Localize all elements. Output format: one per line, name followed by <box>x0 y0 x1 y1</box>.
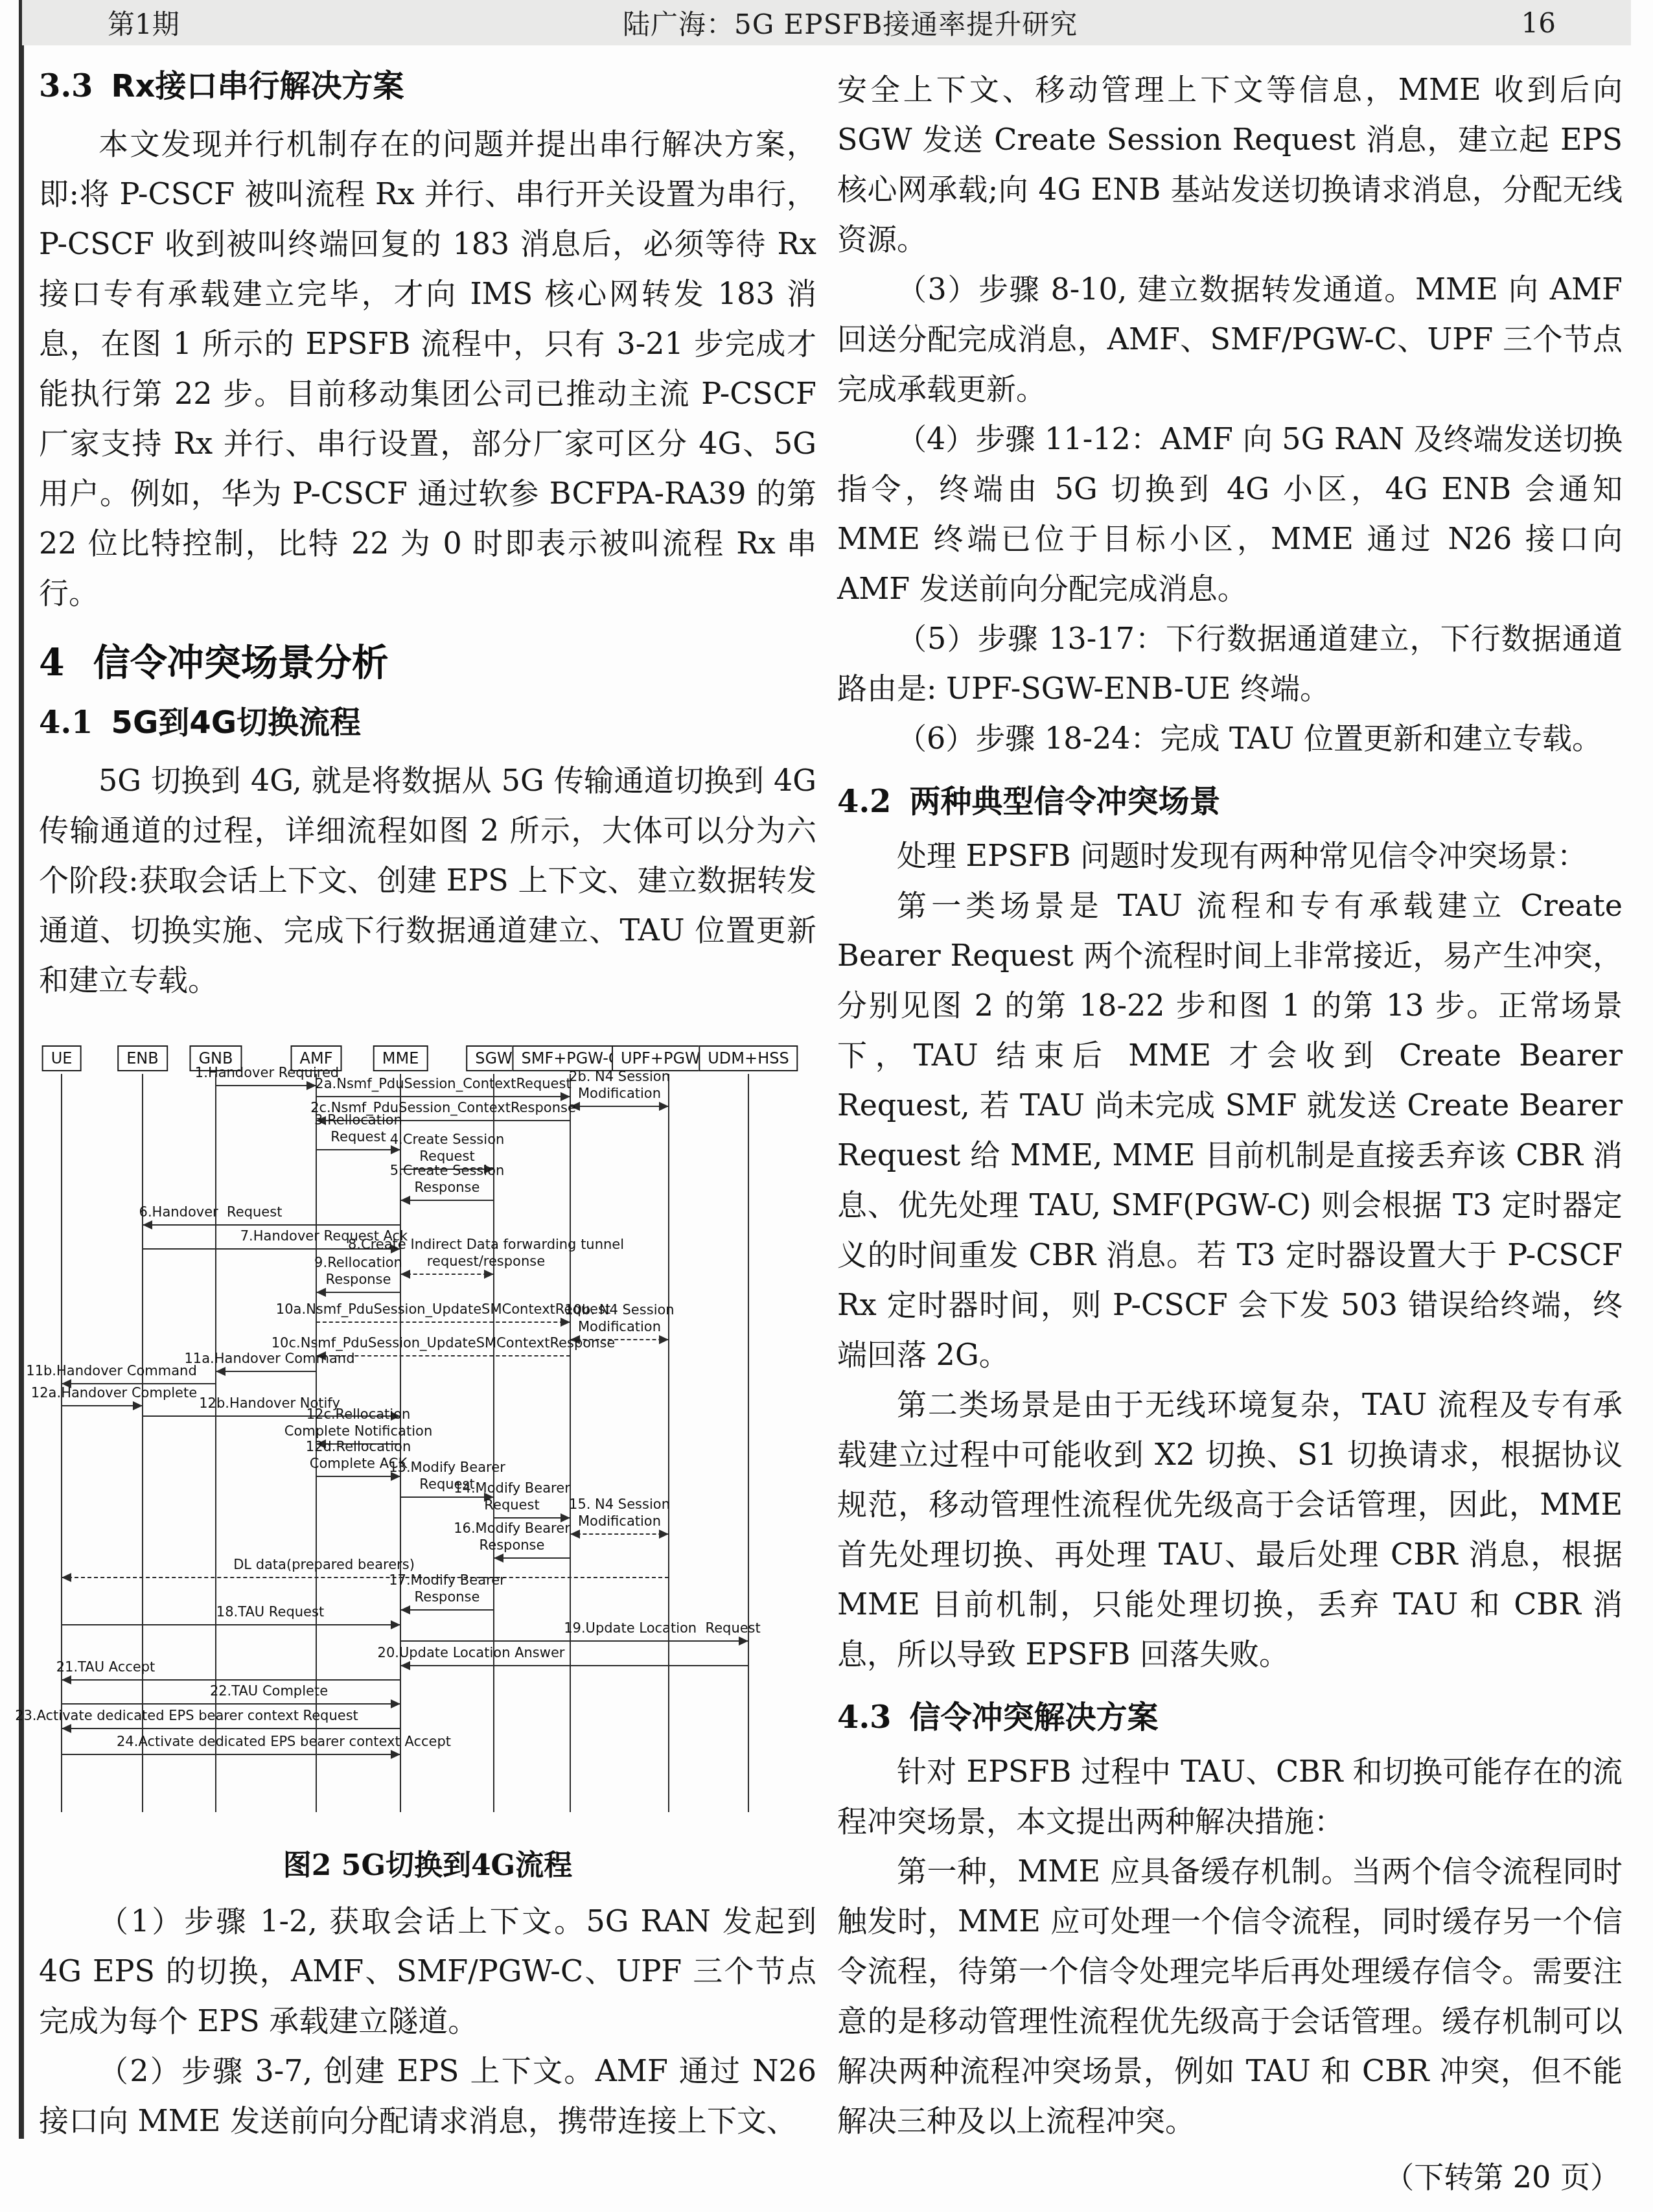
diagram-message-label: 11a.Handover Command <box>184 1350 354 1367</box>
diagram-message-line <box>316 1292 400 1293</box>
diagram-message-label: 21.TAU Accept <box>56 1659 156 1675</box>
diagram-message-line <box>62 1577 669 1578</box>
diagram-arrowhead <box>659 1335 669 1344</box>
diagram-arrowhead <box>62 1724 71 1733</box>
diagram-message-label: 22.TAU Complete <box>210 1682 328 1699</box>
diagram-arrowhead <box>739 1636 748 1646</box>
diagram-message-label: 24.Activate dedicated EPS bearer context… <box>117 1733 451 1750</box>
diagram-message-label: 2b. N4 Session Modification <box>569 1068 670 1102</box>
diagram-arrowhead <box>400 1661 410 1670</box>
diagram-message-line <box>62 1624 400 1625</box>
section-title: Rx接口串行解决方案 <box>111 68 404 104</box>
right-column: 安全上下文、移动管理上下文等信息，MME 收到后向 SGW 发送 Create … <box>837 65 1623 2202</box>
diagram-arrowhead <box>659 1102 669 1111</box>
section-number: 3.3 <box>39 68 93 104</box>
diagram-arrowhead <box>400 1605 410 1614</box>
diagram-message-label: 23.Activate dedicated EPS bearer context… <box>15 1707 358 1724</box>
section-title: 信令冲突场景分析 <box>93 642 389 684</box>
diagram-message-line <box>143 1224 400 1226</box>
paragraph: （6）步骤 18-24：完成 TAU 位置更新和建立专载。 <box>837 714 1623 763</box>
diagram-participant-box: MME <box>373 1045 428 1071</box>
section-number: 4.3 <box>837 1699 892 1736</box>
diagram-message-line <box>400 1200 494 1201</box>
diagram-message-label: 3.Rellocation Request <box>314 1112 402 1145</box>
diagram-message-line <box>62 1679 400 1681</box>
diagram-arrowhead <box>316 1288 326 1297</box>
section-title: 两种典型信令冲突场景 <box>910 784 1221 820</box>
diagram-message-line <box>316 1149 400 1150</box>
diagram-message-label: 9.Rellocation Response <box>314 1254 402 1288</box>
diagram-message-label: 12a.Handover Complete <box>31 1384 197 1401</box>
diagram-message-line <box>494 1517 570 1519</box>
diagram-message-line <box>316 1096 570 1097</box>
diagram-message-label: 17.Modify Bearer Response <box>389 1572 505 1605</box>
diagram-message-label: 4.Create Session Request <box>390 1131 505 1165</box>
diagram-arrowhead <box>62 1675 71 1684</box>
diagram-arrowhead <box>400 1196 410 1205</box>
diagram-arrowhead <box>391 1699 400 1708</box>
diagram-message-label: 10b. N4 Session Modification <box>564 1301 674 1335</box>
diagram-lifeline <box>570 1074 571 1812</box>
diagram-message-line <box>400 1640 748 1642</box>
diagram-lifeline <box>61 1074 62 1812</box>
paper-page: 第1期 陆广海：5G EPSFB接通率提升研究 16 3.3Rx接口串行解决方案… <box>0 0 1653 2212</box>
section-number: 4.1 <box>39 704 93 741</box>
section-number: 4 <box>39 641 65 684</box>
page-number: 16 <box>1521 7 1556 39</box>
diagram-arrowhead <box>659 1530 669 1539</box>
diagram-message-label: 10c.Nsmf_PduSession_UpdateSMContextRespo… <box>272 1334 616 1351</box>
diagram-message-line <box>62 1728 400 1729</box>
paragraph: （2）步骤 3-7, 创建 EPS 上下文。AMF 通过 N26 接口向 MME… <box>39 2046 816 2146</box>
diagram-lifeline <box>215 1074 216 1812</box>
diagram-message-line <box>316 1321 570 1323</box>
section-heading-4: 4信令冲突场景分析 <box>39 638 816 688</box>
diagram-message-line <box>216 1371 316 1372</box>
paragraph: 第二类场景是由于无线环境复杂，TAU 流程及专有承载建立过程中可能收到 X2 切… <box>837 1380 1623 1679</box>
diagram-message-line <box>400 1609 494 1611</box>
diagram-message-line <box>62 1754 400 1755</box>
diagram-message-label: 12c.Rellocation Complete Notification <box>284 1406 432 1439</box>
diagram-arrowhead <box>143 1220 152 1229</box>
diagram-arrowhead <box>570 1530 580 1539</box>
diagram-message-line <box>316 1476 400 1477</box>
diagram-message-label: DL data(prepared bearers) <box>233 1556 415 1573</box>
paragraph: （4）步骤 11-12：AMF 向 5G RAN 及终端发送切换指令，终端由 5… <box>837 414 1623 614</box>
diagram-message-line <box>400 1665 748 1666</box>
scan-artifact-line <box>19 0 24 2139</box>
diagram-message-label: 11b.Handover Command <box>26 1362 196 1379</box>
paragraph: （3）步骤 8-10, 建立数据转发通道。MME 向 AMF 回送分配完成消息，… <box>837 264 1623 414</box>
diagram-participant-box: UDM+HSS <box>699 1045 798 1071</box>
diagram-arrowhead <box>391 1620 400 1629</box>
diagram-participant-box: UE <box>42 1045 82 1071</box>
diagram-arrowhead <box>391 1750 400 1759</box>
section-heading-4-1: 4.15G到4G切换流程 <box>39 701 816 744</box>
diagram-message-label: 14.Modify Bearer Request <box>454 1480 570 1513</box>
diagram-participant-box: ENB <box>117 1045 168 1071</box>
diagram-message-line <box>494 1557 570 1559</box>
section-title: 信令冲突解决方案 <box>910 1699 1159 1736</box>
diagram-lifeline <box>668 1074 669 1812</box>
diagram-message-line <box>216 1085 316 1086</box>
diagram-message-line <box>62 1703 400 1705</box>
paragraph: （5）步骤 13-17：下行数据通道建立，下行数据通道路由是: UPF-SGW-… <box>837 614 1623 714</box>
diagram-message-label: 19.Update Location Request <box>564 1620 761 1636</box>
diagram-message-label: 20.Update Location Answer <box>378 1644 565 1661</box>
diagram-arrowhead <box>484 1270 494 1279</box>
diagram-arrowhead <box>216 1367 225 1376</box>
diagram-arrowhead <box>133 1401 143 1410</box>
diagram-message-label: 6.Handover Request <box>139 1204 283 1220</box>
diagram-message-line <box>570 1533 669 1535</box>
diagram-message-label: 5.Create Session Response <box>390 1162 505 1196</box>
paragraph: 第一类场景是 TAU 流程和专有承载建立 Create Bearer Reque… <box>837 881 1623 1380</box>
section-heading-3-3: 3.3Rx接口串行解决方案 <box>39 65 816 108</box>
diagram-message-line <box>570 1106 669 1107</box>
diagram-lifeline <box>142 1074 143 1812</box>
diagram-lifeline <box>748 1074 749 1812</box>
diagram-message-label: 18.TAU Request <box>216 1603 324 1620</box>
diagram-message-line <box>62 1405 143 1406</box>
section-heading-4-3: 4.3信令冲突解决方案 <box>837 1696 1623 1739</box>
paragraph: （1）步骤 1-2, 获取会话上下文。5G RAN 发起到 4G EPS 的切换… <box>39 1896 816 2046</box>
journal-issue: 第1期 <box>108 3 179 42</box>
diagram-message-label: 10a.Nsmf_PduSession_UpdateSMContextReque… <box>276 1301 610 1318</box>
paragraph: 5G 切换到 4G, 就是将数据从 5G 传输通道切换到 4G 传输通道的过程，… <box>39 756 816 1005</box>
diagram-message-label: 16.Modify Bearer Response <box>454 1520 570 1554</box>
diagram-arrowhead <box>62 1573 71 1582</box>
paragraph: 处理 EPSFB 问题时发现有两种常见信令冲突场景： <box>837 831 1623 881</box>
page-header: 第1期 陆广海：5G EPSFB接通率提升研究 16 <box>22 0 1631 45</box>
diagram-message-label: 2a.Nsmf_PduSession_ContextRequest <box>315 1075 571 1092</box>
paragraph: 本文发现并行机制存在的问题并提出串行解决方案，即:将 P-CSCF 被叫流程 R… <box>39 119 816 618</box>
section-number: 4.2 <box>837 784 892 820</box>
figure-caption: 图2 5G切换到4G流程 <box>39 1842 816 1883</box>
diagram-message-label: 15. N4 Session Modification <box>569 1496 670 1530</box>
figure-2-sequence-diagram: UEENBGNBAMFMMESGWSMF+PGW-CUPF+PGW-UUDM+H… <box>39 1038 816 1832</box>
continued-on-page-note: （下转第 20 页） <box>837 2152 1623 2202</box>
diagram-arrowhead <box>494 1554 503 1563</box>
diagram-message-line <box>400 1274 494 1275</box>
paragraph: 第一种，MME 应具备缓存机制。当两个信令流程同时触发时，MME 应可处理一个信… <box>837 1846 1623 2146</box>
left-column: 3.3Rx接口串行解决方案 本文发现并行机制存在的问题并提出串行解决方案，即:将… <box>39 65 816 2146</box>
paragraph: 针对 EPSFB 过程中 TAU、CBR 和切换可能存在的流程冲突场景，本文提出… <box>837 1747 1623 1846</box>
section-title: 5G到4G切换流程 <box>111 704 362 741</box>
running-title: 陆广海：5G EPSFB接通率提升研究 <box>179 3 1521 42</box>
section-heading-4-2: 4.2两种典型信令冲突场景 <box>837 780 1623 823</box>
paragraph: 安全上下文、移动管理上下文等信息，MME 收到后向 SGW 发送 Create … <box>837 65 1623 264</box>
diagram-participant-box: SMF+PGW-C <box>512 1045 628 1071</box>
